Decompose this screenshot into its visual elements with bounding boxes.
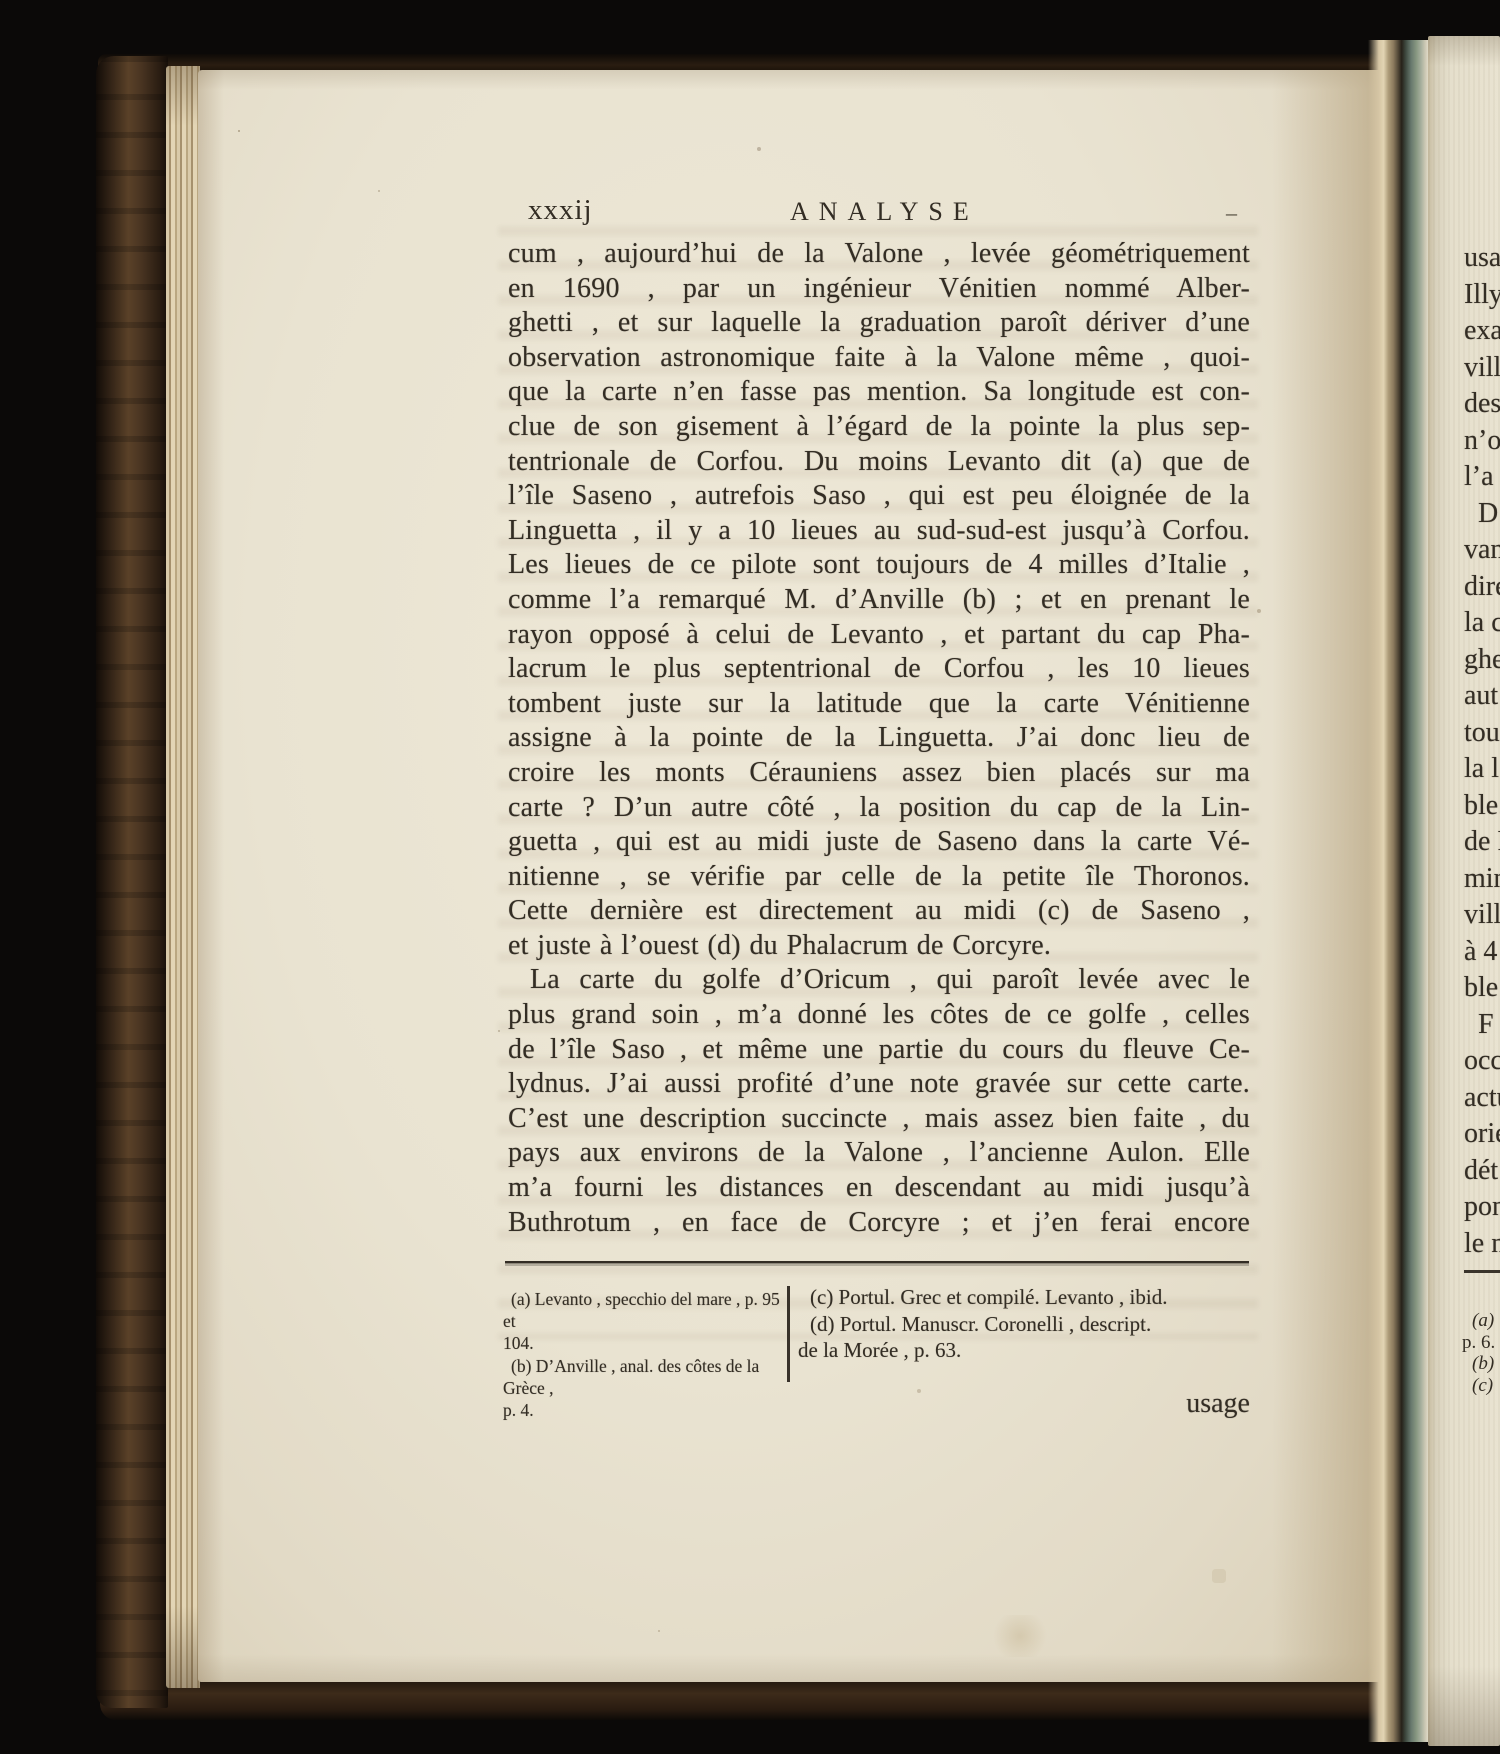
text-line-fragment: D — [1464, 496, 1500, 533]
text-line-fragment: à 4 — [1464, 934, 1500, 971]
footnote-line-fragment: (b) — [1462, 1353, 1500, 1375]
footnote-line: 104. — [503, 1332, 785, 1354]
text-line-fragment: tou — [1464, 715, 1500, 752]
text-line: Linguetta , il y a 10 lieues au sud-sud-… — [508, 514, 1250, 549]
text-line: en 1690 , par un ingénieur Vénitien nomm… — [508, 272, 1250, 307]
text-line-fragment: orie — [1464, 1116, 1500, 1153]
book-scan-photo: xxxij ANALYSE – cum , aujourd’hui de la … — [0, 0, 1500, 1754]
footnote-line: p. 4. — [503, 1399, 785, 1421]
left-page: xxxij ANALYSE – cum , aujourd’hui de la … — [198, 70, 1392, 1682]
text-line: Les lieues de ce pilote sont toujours de… — [508, 548, 1250, 583]
footnote-column-divider — [787, 1286, 790, 1382]
right-page-edge: usagIllyexavilldesn’orl’a fDvandirela cg… — [1428, 36, 1500, 1746]
text-line: l’île Saseno , autrefois Saso , qui est … — [508, 479, 1250, 514]
text-line-fragment: pon — [1464, 1189, 1500, 1226]
book-bottom-edge — [100, 1676, 1430, 1720]
text-line: comme l’a remarqué M. d’Anville (b) ; et… — [508, 583, 1250, 618]
text-line-fragment: dét — [1464, 1153, 1500, 1190]
page-stack-edge — [166, 66, 200, 1688]
header-end-mark: – — [1226, 200, 1237, 226]
text-line-fragment: l’a f — [1464, 459, 1500, 496]
text-line: plus grand soin , m’a donné les côtes de… — [508, 998, 1250, 1033]
text-line-fragment: min — [1464, 861, 1500, 898]
text-line: pays aux environs de la Valone , l’ancie… — [508, 1136, 1250, 1171]
text-line-fragment: usag — [1464, 240, 1500, 277]
text-line: de l’île Saso , et même une partie du co… — [508, 1033, 1250, 1068]
text-line: et juste à l’ouest (d) du Phalacrum de C… — [508, 929, 1250, 964]
text-line: tentrionale de Corfou. Du moins Levanto … — [508, 445, 1250, 480]
right-page-footnote-fragments: (a)p. 6.(b)(c) — [1462, 1310, 1500, 1396]
footnotes-left-column: (a) Levanto , specchio del mare , p. 95 … — [503, 1288, 785, 1421]
right-page-footnote-rule — [1464, 1270, 1500, 1273]
text-line-fragment: vill — [1464, 897, 1500, 934]
text-line-fragment: vill — [1464, 350, 1500, 387]
text-line-fragment: ble — [1464, 970, 1500, 1007]
text-line: cum , aujourd’hui de la Valone , levée g… — [508, 237, 1250, 272]
catchword: usage — [1048, 1388, 1250, 1420]
text-line-fragment: des — [1464, 386, 1500, 423]
footnote-line: de la Morée , p. 63. — [798, 1337, 1250, 1364]
paper-speckles — [238, 130, 240, 132]
text-line: assigne à la pointe de la Linguetta. J’a… — [508, 721, 1250, 756]
text-line: lacrum le plus septentrional de Corfou ,… — [508, 652, 1250, 687]
text-line-fragment: de P — [1464, 824, 1500, 861]
paper-stain — [988, 1615, 1052, 1657]
footnote-line: (a) Levanto , specchio del mare , p. 95 … — [503, 1288, 785, 1332]
text-line: guetta , qui est au midi juste de Saseno… — [508, 825, 1250, 860]
text-line-fragment: la c — [1464, 605, 1500, 642]
text-line-fragment: actu — [1464, 1080, 1500, 1117]
text-line: nitienne , se vérifie par celle de la pe… — [508, 860, 1250, 895]
running-title: ANALYSE — [790, 197, 979, 227]
text-line: tombent juste sur la latitude que la car… — [508, 687, 1250, 722]
text-line-fragment: exa — [1464, 313, 1500, 350]
text-line-fragment: Illy — [1464, 277, 1500, 314]
text-line-fragment: aut — [1464, 678, 1500, 715]
text-line: lydnus. J’ai aussi profité d’une note gr… — [508, 1067, 1250, 1102]
footnote-line: (d) Portul. Manuscr. Coronelli , descrip… — [798, 1311, 1250, 1338]
footnote-line-fragment: (c) — [1462, 1375, 1500, 1397]
footnote-rule — [505, 1261, 1249, 1266]
text-line-fragment: le n — [1464, 1226, 1500, 1263]
right-page-text-fragments: usagIllyexavilldesn’orl’a fDvandirela cg… — [1464, 240, 1500, 1262]
book-spine — [96, 56, 168, 1708]
text-line: rayon opposé à celui de Levanto , et par… — [508, 618, 1250, 653]
text-line: m’a fourni les distances en descendant a… — [508, 1171, 1250, 1206]
text-line-fragment: van — [1464, 532, 1500, 569]
text-line: clue de son gisement à l’égard de la poi… — [508, 410, 1250, 445]
text-line-fragment: F — [1464, 1007, 1500, 1044]
text-line-fragment: occ — [1464, 1043, 1500, 1080]
text-line: Cette dernière est directement au midi (… — [508, 894, 1250, 929]
body-text: cum , aujourd’hui de la Valone , levée g… — [508, 237, 1250, 1240]
text-line-fragment: ble. — [1464, 788, 1500, 825]
text-line: ghetti , et sur laquelle la graduation p… — [508, 306, 1250, 341]
text-line: C’est une description succincte , mais a… — [508, 1102, 1250, 1137]
page-gutter — [1368, 40, 1428, 1742]
text-line-fragment: la l — [1464, 751, 1500, 788]
text-line: observation astronomique faite à la Valo… — [508, 341, 1250, 376]
text-line: croire les monts Cérauniens assez bien p… — [508, 756, 1250, 791]
text-line-fragment: n’or — [1464, 423, 1500, 460]
text-line: carte ? D’un autre côté , la position du… — [508, 791, 1250, 826]
text-line-fragment: ghe — [1464, 642, 1500, 679]
page-number: xxxij — [528, 194, 593, 227]
footnotes-right-column: (c) Portul. Grec et compilé. Levanto , i… — [798, 1284, 1250, 1364]
footnote-line-fragment: p. 6. — [1462, 1332, 1500, 1354]
footnote-line: (b) D’Anville , anal. des côtes de la Gr… — [503, 1355, 785, 1399]
footnote-line: (c) Portul. Grec et compilé. Levanto , i… — [798, 1284, 1250, 1311]
text-line: que la carte n’en fasse pas mention. Sa … — [508, 375, 1250, 410]
text-line: Buthrotum , en face de Corcyre ; et j’en… — [508, 1206, 1250, 1241]
footnote-line-fragment: (a) — [1462, 1310, 1500, 1332]
text-line: La carte du golfe d’Oricum , qui paroît … — [508, 963, 1250, 998]
text-line-fragment: dire — [1464, 569, 1500, 606]
